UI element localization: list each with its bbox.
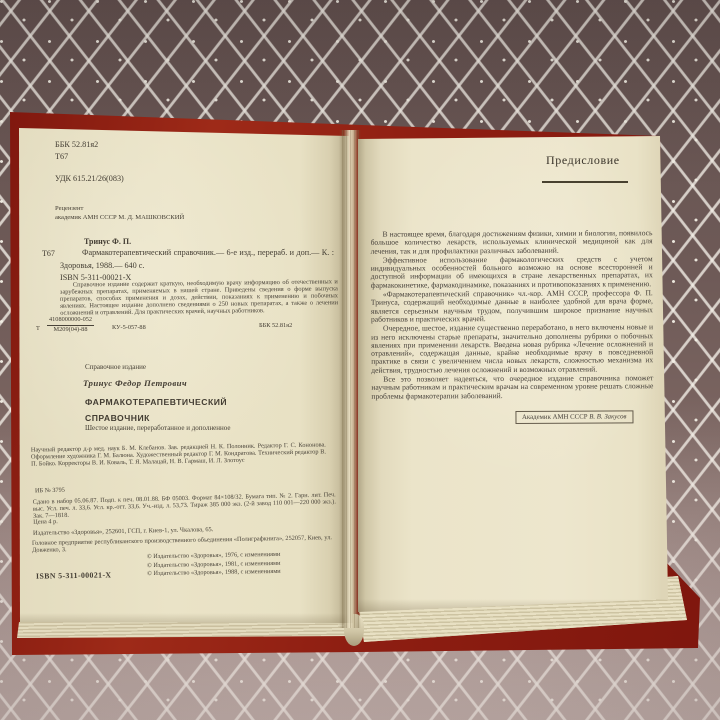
- annotation-paragraph: Справочное издание содержит краткую, нео…: [60, 279, 338, 317]
- signature-box: Академик АМН СССР В. В. Закусов: [515, 411, 634, 424]
- bbk-repeat: ББК 52.81я2: [259, 322, 292, 329]
- isbn-bottom: ISBN 5-311-00021-X: [36, 570, 112, 580]
- book-title-line1: ФАРМАКОТЕРАПЕВТИЧЕСКИЙ: [85, 397, 227, 407]
- code-letter: Т: [36, 325, 40, 332]
- signature-name: В. В. Закусов: [589, 413, 626, 420]
- book-spine-gutter: [339, 130, 361, 628]
- edition-type: Справочное издание: [85, 363, 146, 371]
- publisher-address: Издательство «Здоровья», 252601, ГСП, г.…: [33, 526, 213, 537]
- book-title-line2: СПРАВОЧНИК: [85, 413, 150, 423]
- fraction-numerator: 4108000000-052: [47, 316, 94, 326]
- ib-number: ИБ № 3795: [35, 487, 65, 495]
- copyright-1988: © Издательство «Здоровья», 1988, с измен…: [147, 568, 281, 579]
- preface-paragraph-5: Все это позволяет надеяться, что очередн…: [371, 374, 653, 400]
- reviewer-note: Рецензент академик АМН СССР М. Д. МАШКОВ…: [55, 204, 184, 222]
- bibliographic-text: Фармакотерапевтический справочник.— 6-е …: [60, 248, 334, 270]
- preface-paragraph-3: «Фармакотерапевтический справочник» чл.-…: [371, 289, 653, 324]
- price: Цена 4 р.: [33, 513, 336, 527]
- preface-paragraph-2: Эффективное использование фармакологичес…: [371, 255, 653, 290]
- bbk-classification: ББК 52.81я2: [55, 140, 98, 149]
- book-title: ФАРМАКОТЕРАПЕВТИЧЕСКИЙ СПРАВОЧНИК: [85, 395, 227, 426]
- heading-underline: [542, 181, 628, 183]
- ku-code: КУ-5-057-88: [112, 324, 146, 331]
- preface-paragraph-1: В настоящее время, благодаря достижениям…: [370, 229, 652, 255]
- print-run-info: Сдано в набор 05.06.87. Подп. к печ. 08.…: [33, 492, 337, 527]
- reviewer-label: Рецензент: [55, 205, 83, 212]
- preface-body: В настоящее время, благодаря достижениям…: [370, 229, 653, 424]
- copyright-lines: © Издательство «Здоровья», 1976, с измен…: [147, 551, 281, 579]
- editorial-credits: Научный редактор д-р мед. наук Б. М. Кле…: [31, 442, 326, 468]
- author-heading: Тринус Ф. П.: [84, 237, 131, 246]
- preface-paragraph-4: Очередное, шестое, издание существенно п…: [371, 324, 653, 375]
- photo-open-book-on-tablecloth: ББК 52.81я2 Т67 УДК 615.21/26(083) Рецен…: [0, 0, 720, 720]
- right-page-preface: Предисловие В настоящее время, благодаря…: [356, 131, 668, 613]
- signature-title: Академик АМН СССР: [522, 414, 588, 421]
- printing-house: Головное предприятие республиканского пр…: [32, 534, 332, 554]
- fraction-denominator: М209(04)-88: [54, 326, 88, 333]
- preface-heading: Предисловие: [546, 153, 620, 168]
- catalog-fraction: 4108000000-052 М209(04)-88: [47, 316, 94, 334]
- catalog-code-block: Т 4108000000-052 М209(04)-88 КУ-5-057-88…: [19, 316, 353, 338]
- reviewer-name: академик АМН СССР М. Д. МАШКОВСКИЙ: [55, 214, 184, 221]
- bbk-author-code: Т67: [55, 152, 68, 161]
- author-full-name: Тринус Федор Петрович: [83, 378, 187, 388]
- edition-note: Шестое издание, переработанное и дополне…: [85, 424, 230, 432]
- udk-number: УДК 615.21/26(083): [55, 174, 124, 183]
- catalog-entry-code: Т67: [42, 249, 55, 258]
- signature-row: Академик АМН СССР В. В. Закусов: [371, 405, 653, 424]
- left-page-imprint: ББК 52.81я2 Т67 УДК 615.21/26(083) Рецен…: [19, 127, 353, 625]
